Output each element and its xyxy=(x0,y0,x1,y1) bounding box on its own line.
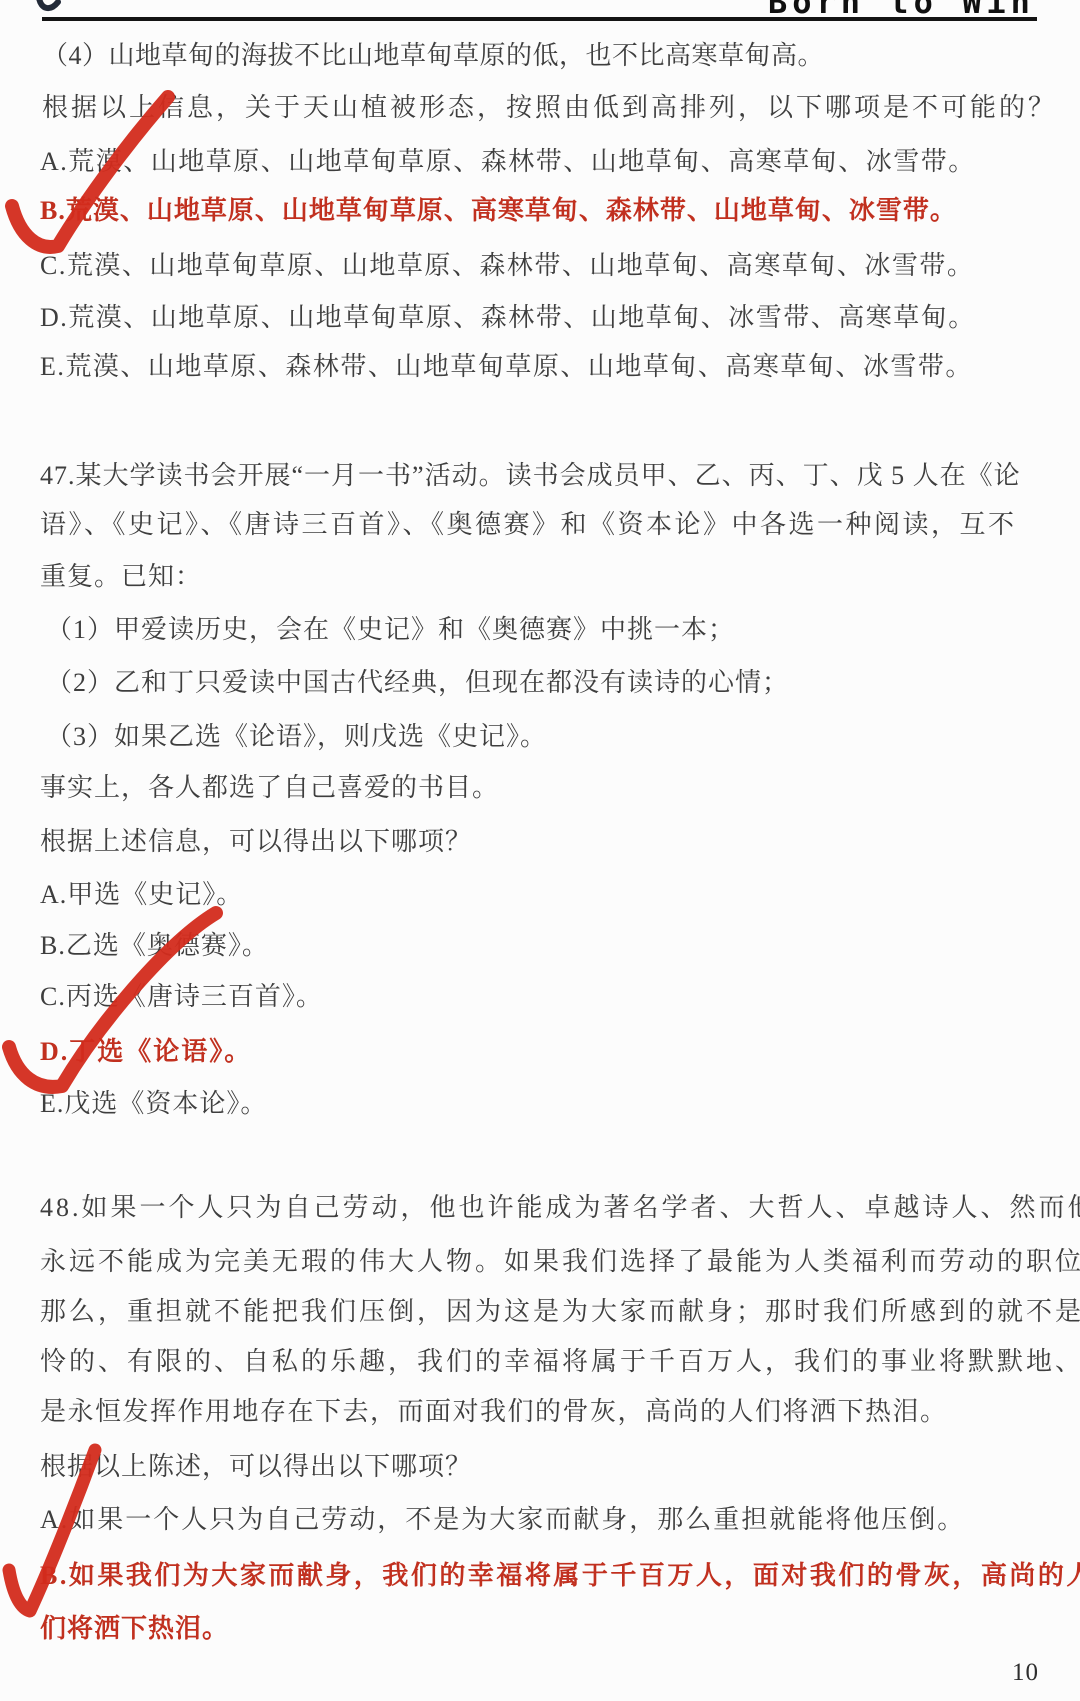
q47-condition-3: （3）如果乙选《论语》，则戊选《史记》。 xyxy=(46,721,547,752)
q48-option-a: A.如果一个人只为自己劳动，不是为大家而献身，那么重担就能将他压倒。 xyxy=(40,1504,965,1535)
logo-fragment-icon xyxy=(39,0,58,8)
q46-option-b-marked: B.荒漠、山地草原、山地草甸草原、高寒草甸、森林带、山地草甸、冰雪带。 xyxy=(40,195,957,226)
q47-option-a: A.甲选《史记》。 xyxy=(40,879,243,910)
q47-condition-2: （2）乙和丁只爱读中国古代经典，但现在都没有读诗的心情； xyxy=(46,667,789,698)
q46-option-d: D.荒漠、山地草原、山地草甸草原、森林带、山地草甸、冰雪带、高寒草甸。 xyxy=(40,302,976,333)
q48-stem-line-2: 永远不能成为完美无瑕的伟大人物。如果我们选择了最能为人类福利而劳动的职位， xyxy=(40,1246,1080,1277)
q47-condition-1: （1）甲爱读历史，会在《史记》和《奥德赛》中挑一本； xyxy=(46,614,735,645)
q47-fact: 事实上，各人都选了自己喜爱的书目。 xyxy=(40,772,499,803)
q46-option-c: C.荒漠、山地草甸草原、山地草原、森林带、山地草甸、高寒草甸、冰雪带。 xyxy=(40,250,974,281)
q47-option-d-marked: D.丁选《论语》。 xyxy=(40,1036,252,1067)
q46-option-e: E.荒漠、山地草原、森林带、山地草甸草原、山地草甸、高寒草甸、冰雪带。 xyxy=(40,351,973,382)
header-divider xyxy=(42,17,1037,21)
q48-stem-line-3: 那么，重担就不能把我们压倒，因为这是为大家而献身；那时我们所感到的就不是可 xyxy=(40,1296,1080,1327)
q48-stem-line-5: 是永恒发挥作用地存在下去，而面对我们的骨灰，高尚的人们将洒下热泪。 xyxy=(40,1396,948,1427)
page-number: 10 xyxy=(1012,1659,1039,1687)
q48-option-b-marked-line-1: B.如果我们为大家而献身，我们的幸福将属于千百万人，面对我们的骨灰，高尚的人 xyxy=(40,1560,1080,1591)
q47-option-e: E.戊选《资本论》。 xyxy=(40,1088,267,1119)
q47-stem-line-3: 重复。已知： xyxy=(40,561,202,592)
q48-option-b-marked-line-2: 们将洒下热泪。 xyxy=(40,1613,229,1644)
q47-option-c: C.丙选《唐诗三百首》。 xyxy=(40,981,323,1012)
q47-question: 根据上述信息，可以得出以下哪项？ xyxy=(40,826,472,857)
q46-question: 根据以上信息，关于天山植被形态，按照由低到高排列，以下哪项是不可能的？ xyxy=(42,92,1057,123)
q47-stem-line-2: 语》、《史记》、《唐诗三百首》、《奥德赛》和《资本论》中各选一种阅读，互不 xyxy=(40,509,1017,540)
q48-stem-line-4: 怜的、有限的、自私的乐趣，我们的幸福将属于千百万人，我们的事业将默默地、但 xyxy=(40,1346,1080,1377)
q47-stem-line-1: 47.某大学读书会开展“一月一书”活动。读书会成员甲、乙、丙、丁、戊 5 人在《… xyxy=(40,460,1021,491)
q46-condition-4: （4）山地草甸的海拔不比山地草甸草原的低，也不比高寒草甸高。 xyxy=(42,40,824,71)
q47-option-b: B.乙选《奥德赛》。 xyxy=(40,930,269,961)
q46-option-a: A.荒漠、山地草原、山地草甸草原、森林带、山地草甸、高寒草甸、冰雪带。 xyxy=(40,146,976,177)
q48-stem-line-1: 48.如果一个人只为自己劳动，他也许能成为著名学者、大哲人、卓越诗人、然而他 xyxy=(40,1192,1080,1223)
exam-page: Born to Win （4）山地草甸的海拔不比山地草甸草原的低，也不比高寒草甸… xyxy=(0,0,1080,1701)
q48-question: 根据以上陈述，可以得出以下哪项？ xyxy=(40,1451,472,1482)
